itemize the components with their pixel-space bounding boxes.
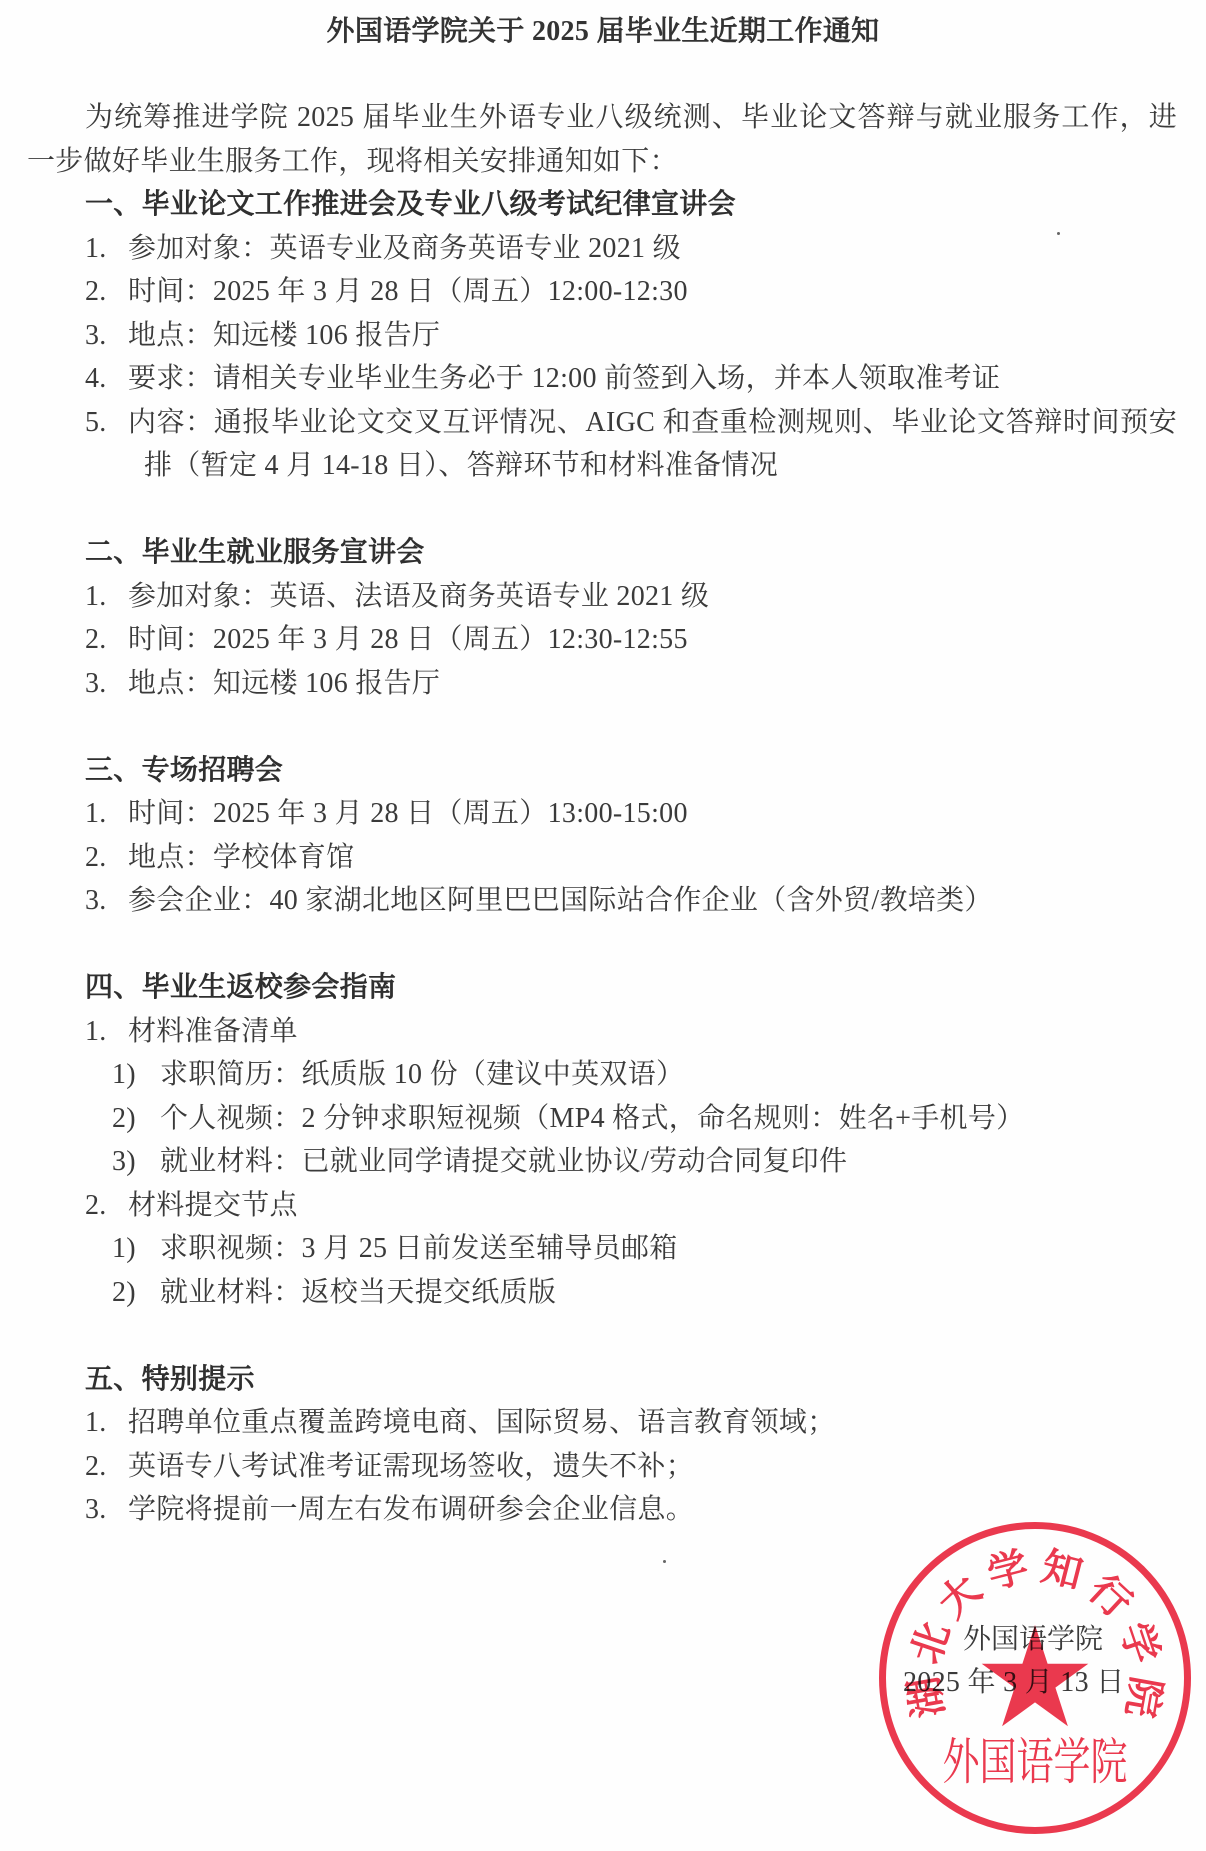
sub-item: 3) 就业材料：已就业同学请提交就业协议/劳动合同复印件	[27, 1140, 1177, 1184]
item-number: 2.	[85, 1445, 128, 1489]
item-number: 2.	[85, 618, 128, 662]
item-text: 内容：通报毕业论文交叉互评情况、AIGC 和查重检测规则、毕业论文答辩时间预安	[128, 401, 1177, 445]
item-text: 时间：2025 年 3 月 28 日（周五）13:00-15:00	[128, 792, 1177, 836]
blank-line	[27, 1314, 1177, 1358]
list-item: 1. 时间：2025 年 3 月 28 日（周五）13:00-15:00	[27, 792, 1177, 836]
list-item: 1. 材料准备清单	[27, 1010, 1177, 1054]
list-item: 2. 材料提交节点	[27, 1184, 1177, 1228]
sub-item-text: 就业材料：已就业同学请提交就业协议/劳动合同复印件	[160, 1140, 847, 1184]
item-number: 1.	[85, 575, 128, 619]
list-item: 2. 时间：2025 年 3 月 28 日（周五）12:00-12:30	[27, 270, 1177, 314]
sub-item-text: 就业材料：返校当天提交纸质版	[160, 1271, 556, 1315]
sub-item-text: 个人视频：2 分钟求职短视频（MP4 格式，命名规则：姓名+手机号）	[160, 1097, 1024, 1141]
section-heading: 二、毕业生就业服务宣讲会	[27, 531, 1177, 575]
item-text: 材料提交节点	[128, 1184, 1177, 1228]
seal-center-text: 外国语学院	[920, 1736, 1151, 1788]
item-number: 1.	[85, 227, 128, 271]
item-number: 1.	[85, 1010, 128, 1054]
item-text: 地点：学校体育馆	[128, 836, 1177, 880]
item-number: 4.	[85, 357, 128, 401]
blank-line	[27, 923, 1177, 967]
blank-line	[27, 705, 1177, 749]
item-text: 地点：知远楼 106 报告厅	[128, 314, 1177, 358]
sub-item: 1) 求职简历：纸质版 10 份（建议中英双语）	[27, 1053, 1177, 1097]
sub-item-number: 3)	[112, 1140, 160, 1184]
document-title: 外国语学院关于 2025 届毕业生近期工作通知	[0, 10, 1206, 54]
item-text: 参会企业：40 家湖北地区阿里巴巴国际站合作企业（含外贸/教培类）	[128, 879, 1177, 923]
item-number: 2.	[85, 836, 128, 880]
item-text: 参加对象：英语专业及商务英语专业 2021 级	[128, 227, 1177, 271]
item-number: 3.	[85, 1488, 128, 1532]
item-text: 时间：2025 年 3 月 28 日（周五）12:00-12:30	[128, 270, 1177, 314]
list-item: 1. 参加对象：英语专业及商务英语专业 2021 级	[27, 227, 1177, 271]
scan-speck	[663, 1560, 666, 1563]
sub-item-text: 求职简历：纸质版 10 份（建议中英双语）	[160, 1053, 684, 1097]
item-number: 3.	[85, 662, 128, 706]
item-text: 英语专八考试准考证需现场签收，遗失不补；	[128, 1445, 1177, 1489]
list-item: 3. 地点：知远楼 106 报告厅	[27, 314, 1177, 358]
section-heading: 五、特别提示	[27, 1358, 1177, 1402]
sub-item: 2) 个人视频：2 分钟求职短视频（MP4 格式，命名规则：姓名+手机号）	[27, 1097, 1177, 1141]
item-text: 招聘单位重点覆盖跨境电商、国际贸易、语言教育领域；	[128, 1401, 1177, 1445]
scan-speck	[1057, 232, 1060, 235]
list-item: 1. 参加对象：英语、法语及商务英语专业 2021 级	[27, 575, 1177, 619]
sub-item-number: 2)	[112, 1097, 160, 1141]
item-number: 5.	[85, 401, 128, 445]
intro-line: 一步做好毕业生服务工作，现将相关安排通知如下：	[27, 140, 1177, 184]
sub-item-text: 求职视频：3 月 25 日前发送至辅导员邮箱	[160, 1227, 678, 1271]
sub-item-number: 1)	[112, 1053, 160, 1097]
list-item: 2. 英语专八考试准考证需现场签收，遗失不补；	[27, 1445, 1177, 1489]
section-heading: 四、毕业生返校参会指南	[27, 966, 1177, 1010]
list-item: 3. 参会企业：40 家湖北地区阿里巴巴国际站合作企业（含外贸/教培类）	[27, 879, 1177, 923]
document-body: 为统筹推进学院 2025 届毕业生外语专业八级统测、毕业论文答辩与就业服务工作，…	[27, 96, 1177, 1532]
item-number: 2.	[85, 1184, 128, 1228]
item-number: 1.	[85, 1401, 128, 1445]
sub-item-number: 2)	[112, 1271, 160, 1315]
item-number: 3.	[85, 879, 128, 923]
list-item: 2. 时间：2025 年 3 月 28 日（周五）12:30-12:55	[27, 618, 1177, 662]
document-page: 外国语学院关于 2025 届毕业生近期工作通知 为统筹推进学院 2025 届毕业…	[0, 0, 1206, 1851]
list-item: 1. 招聘单位重点覆盖跨境电商、国际贸易、语言教育领域；	[27, 1401, 1177, 1445]
item-continuation: 排（暂定 4 月 14-18 日）、答辩环节和材料准备情况	[27, 444, 1177, 488]
item-number: 3.	[85, 314, 128, 358]
item-text: 时间：2025 年 3 月 28 日（周五）12:30-12:55	[128, 618, 1177, 662]
item-text: 材料准备清单	[128, 1010, 1177, 1054]
list-item: 3. 地点：知远楼 106 报告厅	[27, 662, 1177, 706]
sub-item: 2) 就业材料：返校当天提交纸质版	[27, 1271, 1177, 1315]
sub-item: 1) 求职视频：3 月 25 日前发送至辅导员邮箱	[27, 1227, 1177, 1271]
list-item: 2. 地点：学校体育馆	[27, 836, 1177, 880]
section-heading: 三、专场招聘会	[27, 749, 1177, 793]
item-text: 要求：请相关专业毕业生务必于 12:00 前签到入场，并本人领取准考证	[128, 357, 1177, 401]
official-seal: 湖 北 大 学 知 行 学 院 外国语学院	[879, 1522, 1191, 1834]
blank-line	[27, 488, 1177, 532]
item-text: 地点：知远楼 106 报告厅	[128, 662, 1177, 706]
section-heading: 一、毕业论文工作推进会及专业八级考试纪律宣讲会	[27, 183, 1177, 227]
intro-line: 为统筹推进学院 2025 届毕业生外语专业八级统测、毕业论文答辩与就业服务工作，…	[27, 96, 1177, 140]
item-text: 参加对象：英语、法语及商务英语专业 2021 级	[128, 575, 1177, 619]
sub-item-number: 1)	[112, 1227, 160, 1271]
item-number: 2.	[85, 270, 128, 314]
item-number: 1.	[85, 792, 128, 836]
list-item: 4. 要求：请相关专业毕业生务必于 12:00 前签到入场，并本人领取准考证	[27, 357, 1177, 401]
list-item: 5. 内容：通报毕业论文交叉互评情况、AIGC 和查重检测规则、毕业论文答辩时间…	[27, 401, 1177, 445]
